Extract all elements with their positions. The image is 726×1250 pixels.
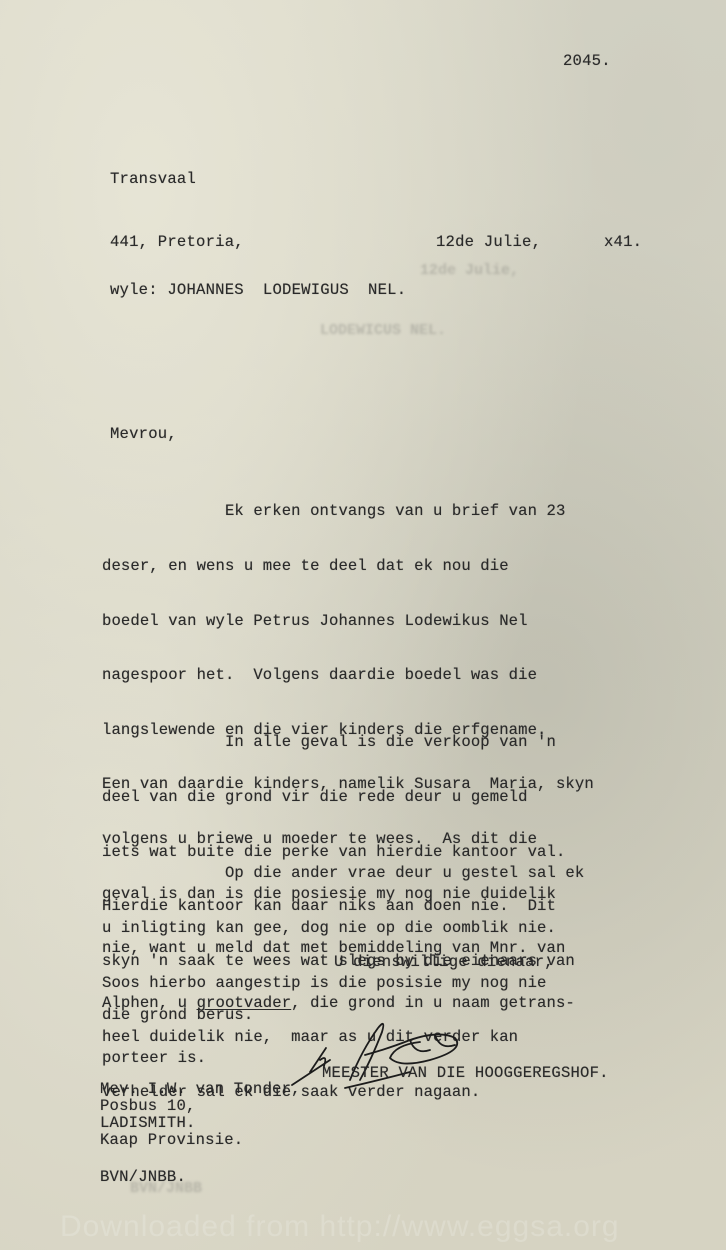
reference-initials: BVN/JNBB.	[100, 1168, 186, 1186]
show-through-text: LODEWICUS NEL.	[320, 322, 446, 339]
watermark: Downloaded from http://www.eggsa.org	[60, 1210, 620, 1244]
letter-year: x41.	[604, 233, 642, 251]
paragraph-line: nagespoor het. Volgens daardie boedel wa…	[102, 666, 682, 684]
recipient-name: Mev. I.W. van Tonder,	[100, 1080, 301, 1098]
signatory-title: MEESTER VAN DIE HOOGGEREGSHOF.	[322, 1064, 609, 1082]
subject-line: wyle: JOHANNES LODEWIGUS NEL.	[110, 281, 406, 299]
recipient-postbox: Posbus 10,	[100, 1097, 196, 1115]
letter-date: 12de Julie,	[436, 233, 541, 251]
paragraph-line: u inligting kan gee, dog nie op die oomb…	[102, 919, 682, 937]
show-through-text: 12de Julie,	[420, 262, 519, 279]
paragraph-line: In alle geval is die verkoop van 'n	[102, 733, 682, 751]
closing: U dienswillige dienaar,	[334, 953, 554, 971]
paragraph-line: boedel van wyle Petrus Johannes Lodewiku…	[102, 612, 682, 630]
paragraph-line: deel van die grond vir die rede deur u g…	[102, 788, 682, 806]
paragraph-line: Op die ander vrae deur u gestel sal ek	[102, 864, 682, 882]
recipient-town: LADISMITH.	[100, 1114, 196, 1132]
address-line: 441, Pretoria,	[110, 233, 244, 251]
paragraph-line: Ek erken ontvangs van u brief van 23	[102, 502, 682, 520]
paragraph-line: deser, en wens u mee te deel dat ek nou …	[102, 557, 682, 575]
province: Transvaal	[110, 170, 196, 188]
recipient-province: Kaap Provinsie.	[100, 1131, 243, 1149]
paragraph-line: Soos hierbo aangestip is die posisie my …	[102, 974, 682, 992]
reference-number: 2045.	[563, 52, 611, 70]
salutation: Mevrou,	[110, 425, 177, 443]
